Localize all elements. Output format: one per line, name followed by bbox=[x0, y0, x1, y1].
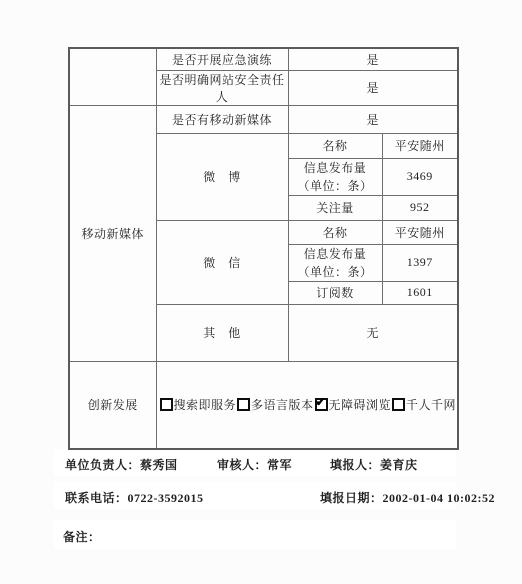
row-has-mobile-media: 移动新媒体 是否有移动新媒体 是 bbox=[69, 105, 458, 133]
reviewer-value: 常军 bbox=[267, 458, 292, 472]
wechat-label: 微 信 bbox=[156, 220, 288, 304]
wechat-posts-label: 信息发布量 （单位：条） bbox=[288, 244, 382, 281]
innovation-options-cell: 搜索即服务多语言版本无障碍浏览千人千网其他 bbox=[156, 361, 458, 449]
checkbox-label-accessible-browsing: 无障碍浏览 bbox=[329, 398, 392, 412]
checkbox-other[interactable] bbox=[457, 398, 458, 411]
form-table: 是否开展应急演练 是 是否明确网站安全责任人 是 移动新媒体 是否有移动新媒体 … bbox=[68, 47, 459, 450]
weibo-followers-label: 关注量 bbox=[288, 195, 382, 220]
checkbox-qianren-qianwang[interactable] bbox=[392, 398, 405, 411]
wechat-subscribers-value: 1601 bbox=[382, 281, 458, 304]
innovation-section-label: 创新发展 bbox=[69, 361, 156, 449]
weibo-posts-label: 信息发布量 （单位：条） bbox=[288, 158, 382, 195]
phone-label: 联系电话： bbox=[65, 491, 128, 505]
has-mobile-media-label: 是否有移动新媒体 bbox=[156, 105, 288, 133]
has-mobile-media-value: 是 bbox=[288, 105, 458, 133]
checkbox-label-multilingual: 多语言版本 bbox=[251, 398, 314, 412]
checkbox-label-qianren-qianwang: 千人千网 bbox=[406, 398, 456, 412]
wechat-posts-label-line1: 信息发布量 bbox=[291, 245, 380, 263]
security-officer-value: 是 bbox=[288, 70, 458, 105]
report-date-value: 2002-01-04 10:02:52 bbox=[383, 491, 495, 505]
report-date-field: 填报日期：2002-01-04 10:02:52 bbox=[320, 489, 495, 506]
emergency-drill-value: 是 bbox=[288, 48, 458, 70]
weibo-followers-value: 952 bbox=[382, 195, 458, 220]
wechat-subscribers-label: 订阅数 bbox=[288, 281, 382, 304]
weibo-posts-value: 3469 bbox=[382, 158, 458, 195]
row-innovation: 创新发展 搜索即服务多语言版本无障碍浏览千人千网其他 bbox=[69, 361, 458, 449]
remarks-strip bbox=[54, 520, 456, 549]
wechat-posts-value: 1397 bbox=[382, 244, 458, 281]
checkbox-search-as-service[interactable] bbox=[160, 398, 173, 411]
emergency-drill-label: 是否开展应急演练 bbox=[156, 48, 288, 70]
unit-head-value: 蔡秀国 bbox=[140, 458, 178, 472]
weibo-posts-label-line2: （单位：条） bbox=[291, 177, 380, 195]
weibo-name-value: 平安随州 bbox=[382, 133, 458, 158]
other-media-value: 无 bbox=[288, 304, 458, 361]
filler-field: 填报人：姜育庆 bbox=[330, 456, 418, 473]
filler-value: 姜育庆 bbox=[380, 458, 418, 472]
checkbox-accessible-browsing[interactable] bbox=[315, 398, 328, 411]
reviewer-field: 审核人：常军 bbox=[217, 456, 292, 473]
filler-label: 填报人： bbox=[330, 458, 380, 472]
unit-head-field: 单位负责人：蔡秀国 bbox=[65, 456, 178, 473]
weibo-name-label: 名称 bbox=[288, 133, 382, 158]
mobile-media-section-label: 移动新媒体 bbox=[69, 105, 156, 361]
weibo-posts-label-line1: 信息发布量 bbox=[291, 159, 380, 177]
remarks-label: 备注： bbox=[63, 530, 101, 544]
checkbox-multilingual[interactable] bbox=[237, 398, 250, 411]
checkbox-label-search-as-service: 搜索即服务 bbox=[174, 398, 237, 412]
phone-value: 0722-3592015 bbox=[128, 491, 204, 505]
report-date-label: 填报日期： bbox=[320, 491, 383, 505]
empty-section-cell bbox=[69, 48, 156, 105]
remarks-field: 备注： bbox=[63, 528, 101, 545]
phone-field: 联系电话：0722-3592015 bbox=[65, 489, 204, 506]
reviewer-label: 审核人： bbox=[217, 458, 267, 472]
row-emergency-drill: 是否开展应急演练 是 bbox=[69, 48, 458, 70]
wechat-name-value: 平安随州 bbox=[382, 220, 458, 244]
security-officer-label: 是否明确网站安全责任人 bbox=[156, 70, 288, 105]
other-media-label: 其 他 bbox=[156, 304, 288, 361]
wechat-name-label: 名称 bbox=[288, 220, 382, 244]
annual-report-form-page: 是否开展应急演练 是 是否明确网站安全责任人 是 移动新媒体 是否有移动新媒体 … bbox=[0, 0, 522, 584]
wechat-posts-label-line2: （单位：条） bbox=[291, 263, 380, 281]
weibo-label: 微 博 bbox=[156, 133, 288, 220]
unit-head-label: 单位负责人： bbox=[65, 458, 140, 472]
